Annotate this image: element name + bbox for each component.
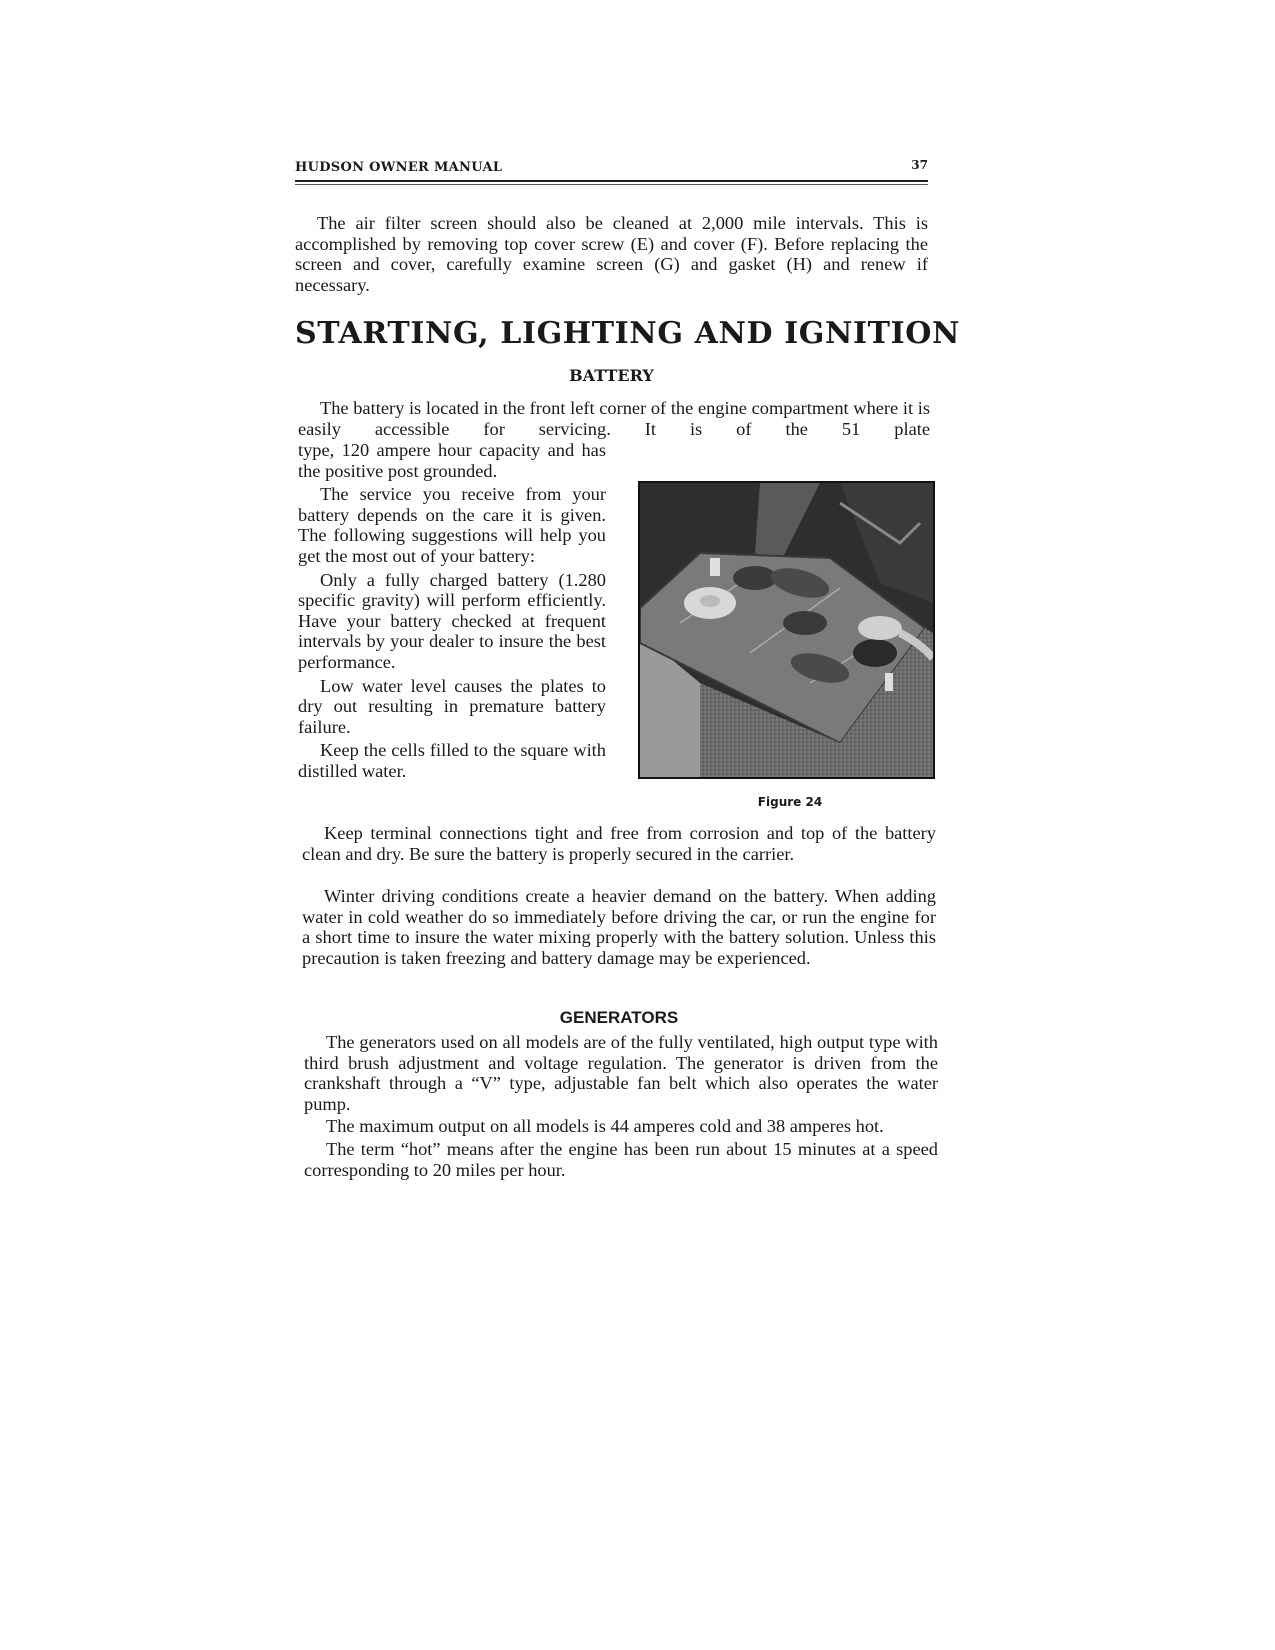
battery-photo-illustration (640, 483, 933, 777)
battery-intro-paragraph: The battery is located in the front left… (298, 398, 930, 439)
battery-cells-paragraph: Keep the cells filled to the square with… (298, 740, 606, 781)
generators-paragraph-2: The maximum output on all models is 44 a… (304, 1116, 938, 1137)
generators-heading: GENERATORS (302, 1008, 936, 1028)
running-title: HUDSON OWNER MANUAL (295, 160, 502, 175)
section-title: STARTING, LIGHTING AND IGNITION (295, 316, 928, 351)
header-rule-thin (295, 184, 928, 185)
battery-photo (638, 481, 935, 779)
generators-paragraph-3: The term “hot” means after the engine ha… (304, 1139, 938, 1180)
air-filter-paragraph: The air filter screen should also be cle… (295, 213, 928, 295)
page-number: 37 (911, 158, 928, 172)
generators-paragraph-1: The generators used on all models are of… (304, 1032, 938, 1114)
battery-charged-paragraph: Only a fully charged battery (1.280 spec… (298, 570, 606, 673)
winter-driving-paragraph: Winter driving conditions create a heavi… (302, 886, 936, 968)
air-filter-section: The air filter screen should also be cle… (295, 213, 928, 295)
battery-left-column: type, 120 ampere hour capacity and has t… (298, 440, 606, 785)
generators-section: The generators used on all models are of… (304, 1032, 938, 1182)
battery-intro: The battery is located in the front left… (298, 398, 930, 439)
figure-caption: Figure 24 (700, 795, 880, 809)
manual-page: HUDSON OWNER MANUAL 37 The air filter sc… (0, 0, 1275, 1650)
running-header: HUDSON OWNER MANUAL 37 (295, 160, 928, 178)
battery-capacity-paragraph: type, 120 ampere hour capacity and has t… (298, 440, 606, 481)
battery-water-level-paragraph: Low water level causes the plates to dry… (298, 676, 606, 738)
terminal-connections-paragraph: Keep terminal connections tight and free… (302, 823, 936, 864)
battery-service-paragraph: The service you receive from your batter… (298, 484, 606, 566)
winter-driving-section: Winter driving conditions create a heavi… (302, 886, 936, 968)
battery-heading: BATTERY (295, 366, 928, 385)
header-rule-thick (295, 180, 928, 182)
terminal-connections-section: Keep terminal connections tight and free… (302, 823, 936, 864)
